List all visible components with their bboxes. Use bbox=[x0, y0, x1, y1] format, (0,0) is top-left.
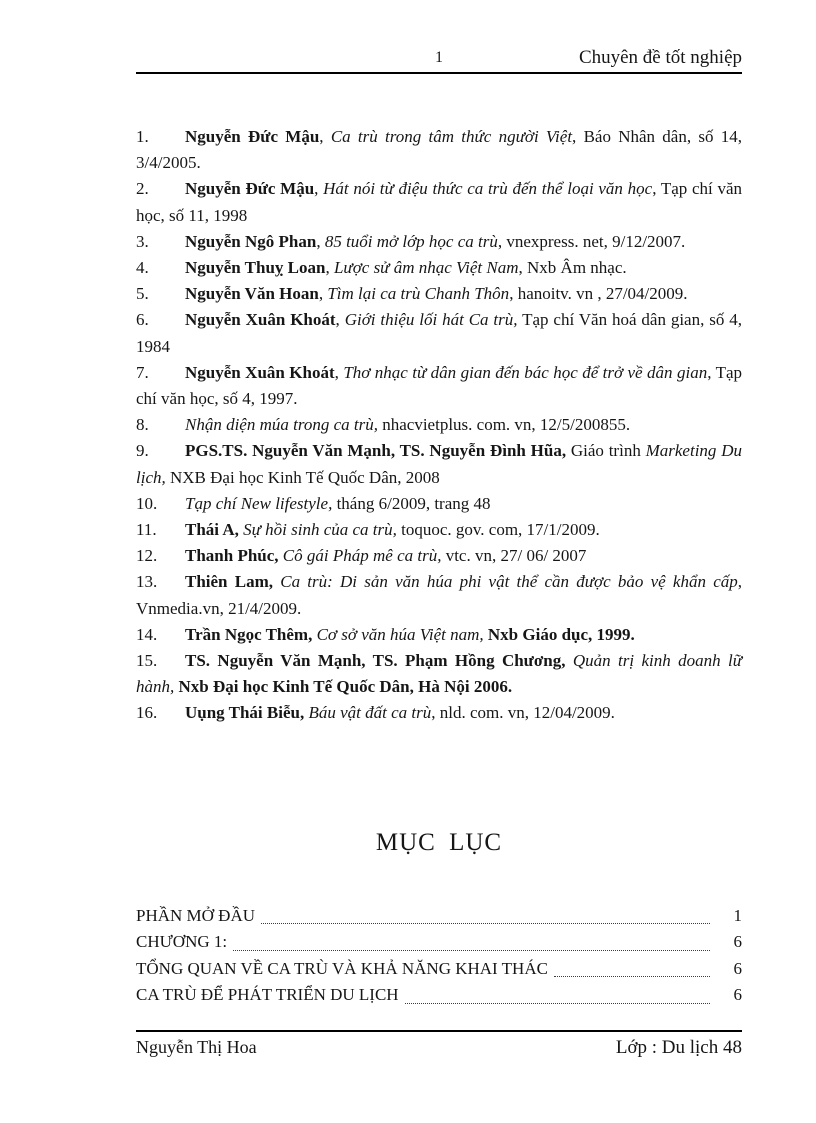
reference-item: 12.Thanh Phúc, Cô gái Pháp mê ca trù, vt… bbox=[136, 543, 742, 569]
reference-item: 14.Trần Ngọc Thêm, Cơ sở văn húa Việt na… bbox=[136, 622, 742, 648]
page-header: 1 Chuyên đề tốt nghiệp bbox=[136, 0, 742, 74]
reference-number: 1. bbox=[136, 124, 185, 150]
reference-text-segment: TS. Nguyễn Văn Mạnh, TS. Phạm Hồng Chươn… bbox=[185, 651, 566, 670]
reference-item: 1.Nguyễn Đức Mậu, Ca trù trong tâm thức … bbox=[136, 124, 742, 176]
reference-text-segment: , bbox=[325, 258, 334, 277]
toc-entry-page-number: 1 bbox=[716, 903, 742, 930]
reference-text-segment: Nguyễn Đức Mậu bbox=[185, 127, 319, 146]
reference-text-segment: Uụng Thái Biễu, bbox=[185, 703, 304, 722]
toc-leader-dots bbox=[261, 923, 710, 924]
reference-text-segment: Nguyễn Thuỵ Loan bbox=[185, 258, 325, 277]
toc-entry-page-number: 6 bbox=[716, 929, 742, 956]
reference-text-segment: Giới thiệu lối hát Ca trù, bbox=[345, 310, 518, 329]
reference-text-segment: Ca trù: Di sản văn húa phi vật thể cần đ… bbox=[280, 572, 738, 591]
reference-item: 3.Nguyễn Ngô Phan, 85 tuổi mở lớp học ca… bbox=[136, 229, 742, 255]
reference-text-segment: tháng 6/2009, trang 48 bbox=[332, 494, 490, 513]
reference-number: 13. bbox=[136, 569, 185, 595]
reference-item: 11.Thái A, Sự hồi sinh của ca trù, toquo… bbox=[136, 517, 742, 543]
footer-class-label: Lớp : Du lịch 48 bbox=[616, 1037, 742, 1059]
toc-entry-page-number: 6 bbox=[716, 982, 742, 1009]
reference-text-segment: Nguyễn Ngô Phan bbox=[185, 232, 316, 251]
reference-text-segment: Ca trù trong tâm thức người Việt bbox=[331, 127, 572, 146]
reference-text-segment: Tìm lại ca trù Chanh Thôn bbox=[327, 284, 509, 303]
toc-entry-label: PHẦN MỞ ĐẦU bbox=[136, 903, 255, 930]
reference-text-segment: Nxb Đại học Kinh Tế Quốc Dân, Hà Nội 200… bbox=[179, 677, 513, 696]
reference-item: 5.Nguyễn Văn Hoan, Tìm lại ca trù Chanh … bbox=[136, 281, 742, 307]
toc-leader-dots bbox=[405, 1003, 710, 1004]
reference-text-segment: Sự hồi sinh của ca trù, bbox=[243, 520, 397, 539]
reference-text-segment: Nguyễn Xuân Khoát bbox=[185, 363, 335, 382]
reference-text-segment: , bbox=[335, 363, 344, 382]
reference-text-segment: Trần Ngọc Thêm, bbox=[185, 625, 312, 644]
reference-text-segment: Thiên Lam, bbox=[185, 572, 273, 591]
reference-text-segment: Nxb Giáo dục, 1999. bbox=[488, 625, 635, 644]
header-title: Chuyên đề tốt nghiệp bbox=[579, 47, 742, 69]
reference-item: 8.Nhận diện múa trong ca trù, nhacvietpl… bbox=[136, 412, 742, 438]
reference-text-segment: , nld. com. vn, 12/04/2009. bbox=[431, 703, 615, 722]
reference-text-segment: , Nxb Âm nhạc. bbox=[519, 258, 627, 277]
reference-number: 5. bbox=[136, 281, 185, 307]
reference-text-segment: Cơ sở văn húa Việt nam, bbox=[317, 625, 484, 644]
reference-text-segment: Cô gái Pháp mê ca trù, bbox=[283, 546, 442, 565]
reference-number: 2. bbox=[136, 176, 185, 202]
reference-text-segment: , bbox=[336, 310, 345, 329]
reference-text-segment: Thơ nhạc từ dân gian đến bác học để trở … bbox=[343, 363, 707, 382]
reference-number: 15. bbox=[136, 648, 185, 674]
reference-text-segment: Giáo trình bbox=[566, 441, 646, 460]
reference-number: 16. bbox=[136, 700, 185, 726]
reference-text-segment bbox=[566, 651, 573, 670]
reference-number: 10. bbox=[136, 491, 185, 517]
reference-item: 15.TS. Nguyễn Văn Mạnh, TS. Phạm Hồng Ch… bbox=[136, 648, 742, 700]
reference-text-segment: nhacvietplus. com. vn, 12/5/200855. bbox=[378, 415, 630, 434]
reference-number: 4. bbox=[136, 255, 185, 281]
toc-entry-page-number: 6 bbox=[716, 956, 742, 983]
reference-text-segment: PGS.TS. Nguyễn Văn Mạnh, TS. Nguyễn Đình… bbox=[185, 441, 566, 460]
toc-entry-label: TỔNG QUAN VỀ CA TRÙ VÀ KHẢ NĂNG KHAI THÁ… bbox=[136, 956, 548, 983]
reference-text-segment: , bbox=[316, 232, 325, 251]
toc-entry-label: CHƯƠNG 1: bbox=[136, 929, 227, 956]
toc-entry: CA TRÙ ĐỂ PHÁT TRIỂN DU LỊCH6 bbox=[136, 982, 742, 1009]
references-list: 1.Nguyễn Đức Mậu, Ca trù trong tâm thức … bbox=[136, 124, 742, 727]
reference-number: 7. bbox=[136, 360, 185, 386]
reference-text-segment: Nhận diện múa trong ca trù, bbox=[185, 415, 378, 434]
toc-entry: PHẦN MỞ ĐẦU1 bbox=[136, 903, 742, 930]
toc-leader-dots bbox=[233, 950, 710, 951]
reference-item: 9.PGS.TS. Nguyễn Văn Mạnh, TS. Nguyễn Đì… bbox=[136, 438, 742, 490]
toc-list: PHẦN MỞ ĐẦU1CHƯƠNG 1:6TỔNG QUAN VỀ CA TR… bbox=[136, 903, 742, 1009]
reference-item: 2.Nguyễn Đức Mậu, Hát nói từ điệu thức c… bbox=[136, 176, 742, 228]
reference-text-segment: Thái A, bbox=[185, 520, 239, 539]
toc-heading: MỤC LỤC bbox=[136, 829, 742, 857]
reference-text-segment: vtc. vn, 27/ 06/ 2007 bbox=[441, 546, 586, 565]
toc-entry-label: CA TRÙ ĐỂ PHÁT TRIỂN DU LỊCH bbox=[136, 982, 399, 1009]
reference-number: 9. bbox=[136, 438, 185, 464]
reference-item: 10.Tạp chí New lifestyle, tháng 6/2009, … bbox=[136, 491, 742, 517]
reference-text-segment: , bbox=[314, 179, 323, 198]
reference-text-segment: Báu vật đất ca trù bbox=[308, 703, 431, 722]
reference-text-segment: Tạp chí New lifestyle, bbox=[185, 494, 332, 513]
footer-author-name: Nguyễn Thị Hoa bbox=[136, 1037, 257, 1058]
reference-text-segment: , hanoitv. vn , 27/04/2009. bbox=[509, 284, 687, 303]
reference-item: 16.Uụng Thái Biễu, Báu vật đất ca trù, n… bbox=[136, 700, 742, 726]
reference-text-segment: , bbox=[319, 127, 331, 146]
reference-text-segment: Hát nói từ điệu thức ca trù đến thể loại… bbox=[323, 179, 652, 198]
toc-entry: TỔNG QUAN VỀ CA TRÙ VÀ KHẢ NĂNG KHAI THÁ… bbox=[136, 956, 742, 983]
reference-item: 4.Nguyễn Thuỵ Loan, Lược sử âm nhạc Việt… bbox=[136, 255, 742, 281]
reference-number: 12. bbox=[136, 543, 185, 569]
reference-text-segment: Lược sử âm nhạc Việt Nam bbox=[334, 258, 519, 277]
page-footer: Nguyễn Thị Hoa Lớp : Du lịch 48 bbox=[136, 1030, 742, 1059]
reference-number: 3. bbox=[136, 229, 185, 255]
toc-entry: CHƯƠNG 1:6 bbox=[136, 929, 742, 956]
document-page: 1 Chuyên đề tốt nghiệp 1.Nguyễn Đức Mậu,… bbox=[136, 0, 742, 1009]
reference-text-segment: toquoc. gov. com, 17/1/2009. bbox=[397, 520, 600, 539]
reference-number: 8. bbox=[136, 412, 185, 438]
reference-text-segment: Nguyễn Xuân Khoát bbox=[185, 310, 336, 329]
reference-text-segment: Thanh Phúc, bbox=[185, 546, 279, 565]
reference-number: 6. bbox=[136, 307, 185, 333]
reference-text-segment: Nguyễn Đức Mậu bbox=[185, 179, 314, 198]
page-number: 1 bbox=[435, 49, 443, 67]
reference-number: 14. bbox=[136, 622, 185, 648]
reference-text-segment: Nguyễn Văn Hoan bbox=[185, 284, 319, 303]
toc-leader-dots bbox=[554, 976, 710, 977]
reference-text-segment: , vnexpress. net, 9/12/2007. bbox=[498, 232, 685, 251]
reference-text-segment: 85 tuổi mở lớp học ca trù bbox=[325, 232, 498, 251]
reference-text-segment: NXB Đại học Kinh Tế Quốc Dân, 2008 bbox=[166, 468, 440, 487]
reference-number: 11. bbox=[136, 517, 185, 543]
reference-item: 6.Nguyễn Xuân Khoát, Giới thiệu lối hát … bbox=[136, 307, 742, 359]
reference-item: 13.Thiên Lam, Ca trù: Di sản văn húa phi… bbox=[136, 569, 742, 621]
reference-item: 7.Nguyễn Xuân Khoát, Thơ nhạc từ dân gia… bbox=[136, 360, 742, 412]
